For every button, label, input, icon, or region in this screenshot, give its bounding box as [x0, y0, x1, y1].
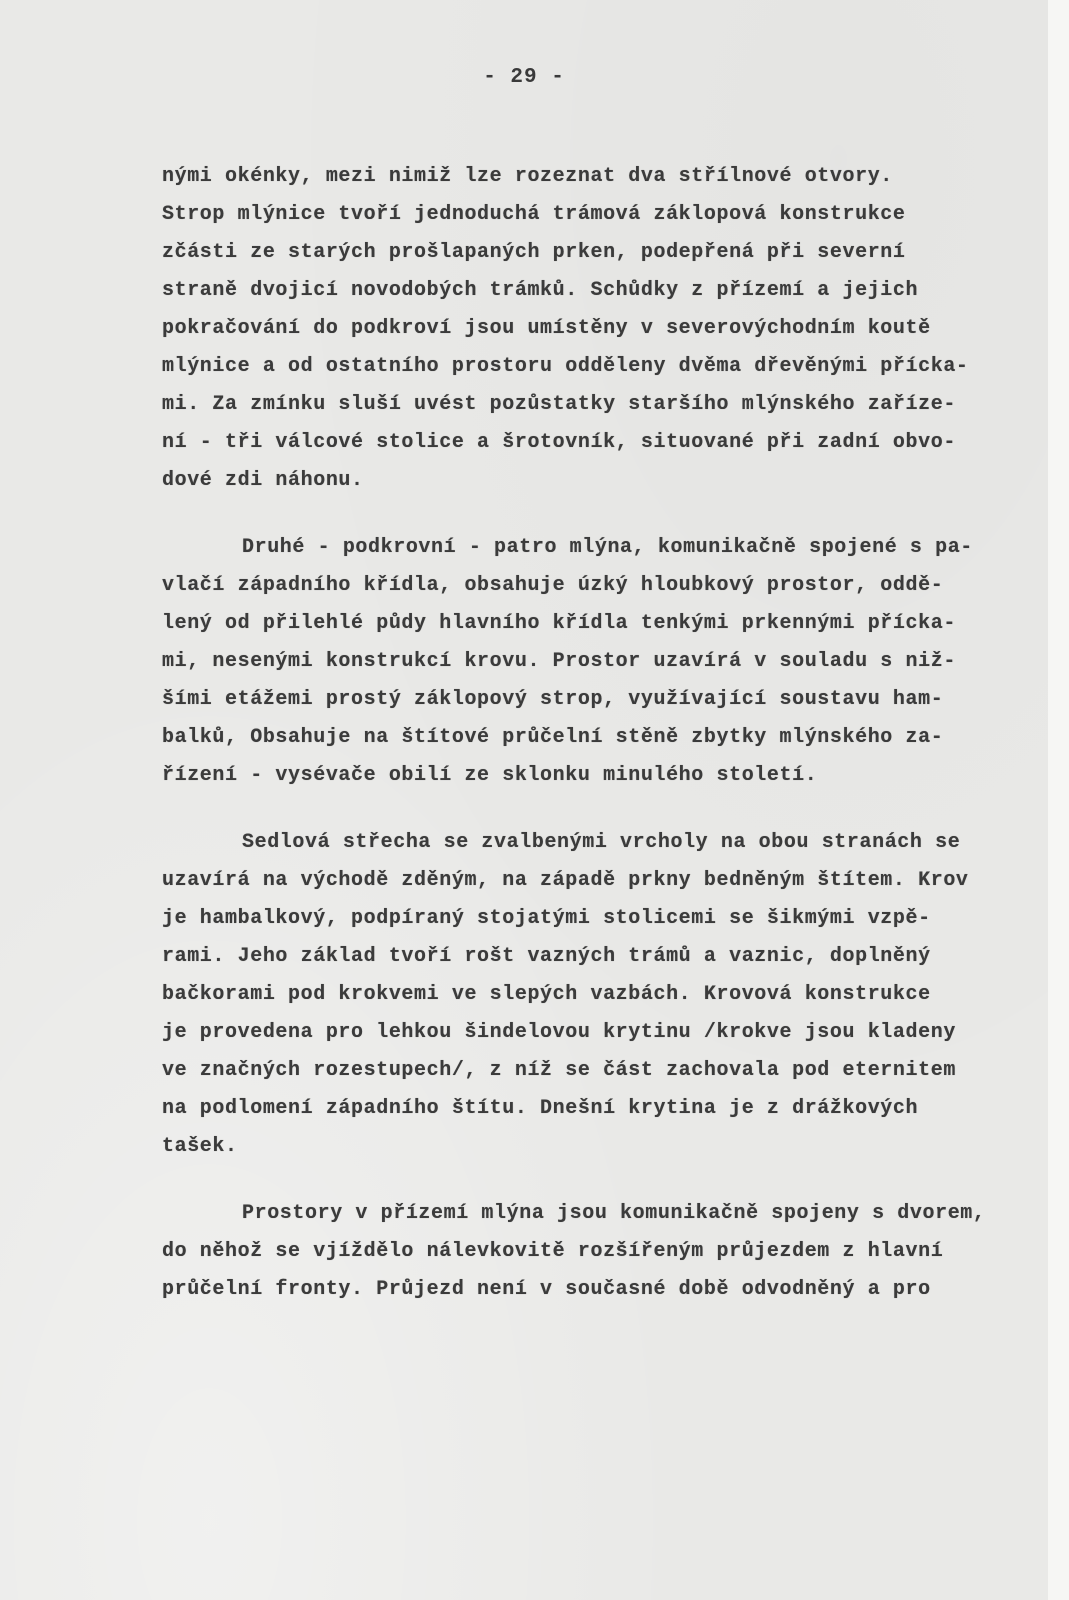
scan-edge	[1048, 0, 1069, 1600]
text-line: nými okénky, mezi nimiž lze rozeznat dva…	[162, 158, 1042, 196]
text-line: uzavírá na východě zděným, na západě prk…	[162, 862, 1042, 900]
text-line: ní - tři válcové stolice a šrotovník, si…	[162, 424, 1042, 462]
text-line: balků, Obsahuje na štítové průčelní stěn…	[162, 719, 1042, 757]
text-line: pokračování do podkroví jsou umístěny v …	[162, 310, 1042, 348]
text-line: Sedlová střecha se zvalbenými vrcholy na…	[162, 824, 1042, 862]
text-line: zčásti ze starých prošlapaných prken, po…	[162, 234, 1042, 272]
paragraph-1: nými okénky, mezi nimiž lze rozeznat dva…	[162, 158, 1042, 500]
text-line: mlýnice a od ostatního prostoru odděleny…	[162, 348, 1042, 386]
text-line: šími etážemi prostý záklopový strop, vyu…	[162, 681, 1042, 719]
paragraph-3: Sedlová střecha se zvalbenými vrcholy na…	[162, 824, 1042, 1166]
text-line: průčelní fronty. Průjezd není v současné…	[162, 1271, 1042, 1309]
text-line: Strop mlýnice tvoří jednoduchá trámová z…	[162, 196, 1042, 234]
text-line: Prostory v přízemí mlýna jsou komunikačn…	[162, 1195, 1042, 1233]
text-line: mi, nesenými konstrukcí krovu. Prostor u…	[162, 643, 1042, 681]
text-line: je provedena pro lehkou šindelovou kryti…	[162, 1014, 1042, 1052]
text-line: do něhož se vjíždělo nálevkovitě rozšíře…	[162, 1233, 1042, 1271]
paragraph-2: Druhé - podkrovní - patro mlýna, komunik…	[162, 529, 1042, 795]
text-line: ve značných rozestupech/, z níž se část …	[162, 1052, 1042, 1090]
paragraph-4: Prostory v přízemí mlýna jsou komunikačn…	[162, 1195, 1042, 1309]
text-line: mi. Za zmínku sluší uvést pozůstatky sta…	[162, 386, 1042, 424]
document-body: nými okénky, mezi nimiž lze rozeznat dva…	[162, 158, 1042, 1309]
text-line: dové zdi náhonu.	[162, 462, 1042, 500]
text-line: tašek.	[162, 1128, 1042, 1166]
text-line: Druhé - podkrovní - patro mlýna, komunik…	[162, 529, 1042, 567]
page-number: - 29 -	[0, 66, 1048, 89]
text-line: na podlomení západního štítu. Dnešní kry…	[162, 1090, 1042, 1128]
text-line: je hambalkový, podpíraný stojatými stoli…	[162, 900, 1042, 938]
text-line: vlačí západního křídla, obsahuje úzký hl…	[162, 567, 1042, 605]
text-line: lený od přilehlé půdy hlavního křídla te…	[162, 605, 1042, 643]
text-line: rami. Jeho základ tvoří rošt vazných trá…	[162, 938, 1042, 976]
text-line: bačkorami pod krokvemi ve slepých vazbác…	[162, 976, 1042, 1014]
text-line: straně dvojicí novodobých trámků. Schůdk…	[162, 272, 1042, 310]
text-line: řízení - vysévače obilí ze sklonku minul…	[162, 757, 1042, 795]
